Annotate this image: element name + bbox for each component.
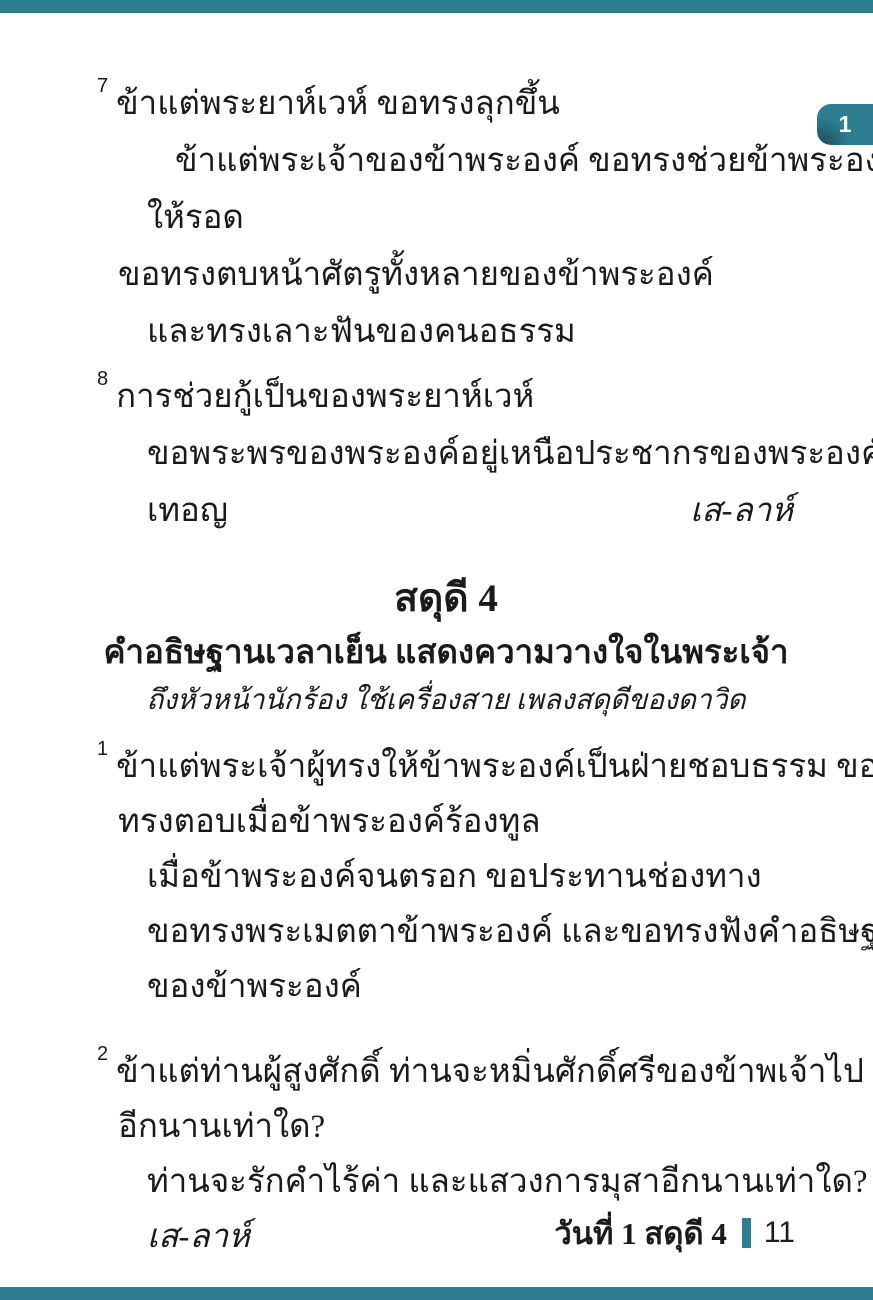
selah-label: เส-ลาห์ bbox=[690, 483, 795, 540]
bottom-accent-bar bbox=[0, 1287, 873, 1300]
page: 1 7ข้าแต่พระยาห์เวห์ ขอทรงลุกขึ้น ข้าแต่… bbox=[0, 0, 873, 1300]
verse-number: 2 bbox=[97, 1043, 108, 1065]
verse-text: ขอทรงตบหน้าศัตรูทั้งหลายของข้าพระองค์ bbox=[118, 257, 714, 293]
verse-text: อีกนานเท่าใด? bbox=[118, 1109, 325, 1145]
verse-line: 8การช่วยกู้เป็นของพระยาห์เวห์ bbox=[97, 361, 795, 426]
verse-text: เมื่อข้าพระองค์จนตรอก ขอประทานช่องทาง bbox=[147, 859, 762, 895]
verse-line: 1ข้าแต่พระเจ้าผู้ทรงให้ข้าพระองค์เป็นฝ่า… bbox=[97, 732, 795, 795]
verse-line: 7ข้าแต่พระยาห์เวห์ ขอทรงลุกขึ้น bbox=[97, 68, 795, 133]
psalm-inscription: ถึงหัวหน้านักร้อง ใช้เครื่องสาย เพลงสดุด… bbox=[97, 678, 795, 724]
verse-text: ทรงตอบเมื่อข้าพระองค์ร้องทูล bbox=[118, 804, 541, 840]
verse-line: เมื่อข้าพระองค์จนตรอก ขอประทานช่องทาง bbox=[97, 850, 795, 905]
page-footer: วันที่ 1 สดุดี 4 11 bbox=[554, 1212, 795, 1254]
page-number: 11 bbox=[764, 1216, 795, 1250]
verse-line: ขอทรงพระเมตตาข้าพระองค์ และขอทรงฟังคำอธิ… bbox=[97, 905, 795, 960]
verse-line: ของข้าพระองค์ bbox=[97, 960, 795, 1015]
psalm-3-section: 7ข้าแต่พระยาห์เวห์ ขอทรงลุกขึ้น ข้าแต่พร… bbox=[97, 68, 795, 540]
footer-divider bbox=[742, 1218, 751, 1248]
verse-text: ข้าแต่พระเจ้าผู้ทรงให้ข้าพระองค์เป็นฝ่าย… bbox=[116, 749, 873, 785]
verse-text: ข้าแต่พระยาห์เวห์ ขอทรงลุกขึ้น bbox=[116, 86, 560, 122]
verse-text: และทรงเลาะฟันของคนอธรรม bbox=[147, 314, 576, 350]
verse-line: เทอญ เส-ลาห์ bbox=[97, 483, 795, 540]
verse-text: ข้าแต่ท่านผู้สูงศักดิ์ ท่านจะหมิ่นศักดิ์… bbox=[116, 1054, 864, 1090]
psalm-4-heading: สดุดี 4 คำอธิษฐานเวลาเย็น แสดงความวางใจใ… bbox=[97, 570, 795, 724]
verse-line: 2ข้าแต่ท่านผู้สูงศักดิ์ ท่านจะหมิ่นศักดิ… bbox=[97, 1037, 795, 1100]
verse-number: 8 bbox=[97, 368, 108, 390]
verse-text: ให้รอด bbox=[147, 200, 244, 236]
verse-text: ข้าแต่พระเจ้าของข้าพระองค์ ขอทรงช่วยข้าพ… bbox=[175, 143, 873, 179]
psalm-4-section: 1ข้าแต่พระเจ้าผู้ทรงให้ข้าพระองค์เป็นฝ่า… bbox=[97, 732, 795, 1265]
verse-number: 7 bbox=[97, 75, 108, 97]
verse-text: การช่วยกู้เป็นของพระยาห์เวห์ bbox=[116, 379, 534, 415]
top-accent-bar bbox=[0, 0, 873, 13]
verse-line: ขอพระพรของพระองค์อยู่เหนือประชากรของพระอ… bbox=[97, 426, 795, 483]
verse-line: ทรงตอบเมื่อข้าพระองค์ร้องทูล bbox=[97, 795, 795, 850]
psalm-subtitle: คำอธิษฐานเวลาเย็น แสดงความวางใจในพระเจ้า bbox=[97, 628, 795, 678]
verse-line: ข้าแต่พระเจ้าของข้าพระองค์ ขอทรงช่วยข้าพ… bbox=[97, 133, 795, 190]
page-content: 7ข้าแต่พระยาห์เวห์ ขอทรงลุกขึ้น ข้าแต่พร… bbox=[97, 68, 795, 1265]
verse-line: ขอทรงตบหน้าศัตรูทั้งหลายของข้าพระองค์ bbox=[97, 247, 795, 304]
verse-text: เทอญ bbox=[147, 483, 228, 540]
verse-number: 1 bbox=[97, 738, 108, 760]
verse-text: ท่านจะรักคำไร้ค่า และแสวงการมุสาอีกนานเท… bbox=[147, 1164, 868, 1200]
verse-line: อีกนานเท่าใด? bbox=[97, 1100, 795, 1155]
psalm-title: สดุดี 4 bbox=[97, 570, 795, 628]
verse-text: ของข้าพระองค์ bbox=[147, 969, 362, 1005]
verse-text: ขอทรงพระเมตตาข้าพระองค์ และขอทรงฟังคำอธิ… bbox=[147, 914, 873, 950]
verse-line: ท่านจะรักคำไร้ค่า และแสวงการมุสาอีกนานเท… bbox=[97, 1155, 795, 1210]
verse-line: และทรงเลาะฟันของคนอธรรม bbox=[97, 304, 795, 361]
verse-text: ขอพระพรของพระองค์อยู่เหนือประชากรของพระอ… bbox=[147, 436, 873, 472]
verse-line: ให้รอด bbox=[97, 190, 795, 247]
footer-reference: วันที่ 1 สดุดี 4 bbox=[554, 1208, 726, 1258]
